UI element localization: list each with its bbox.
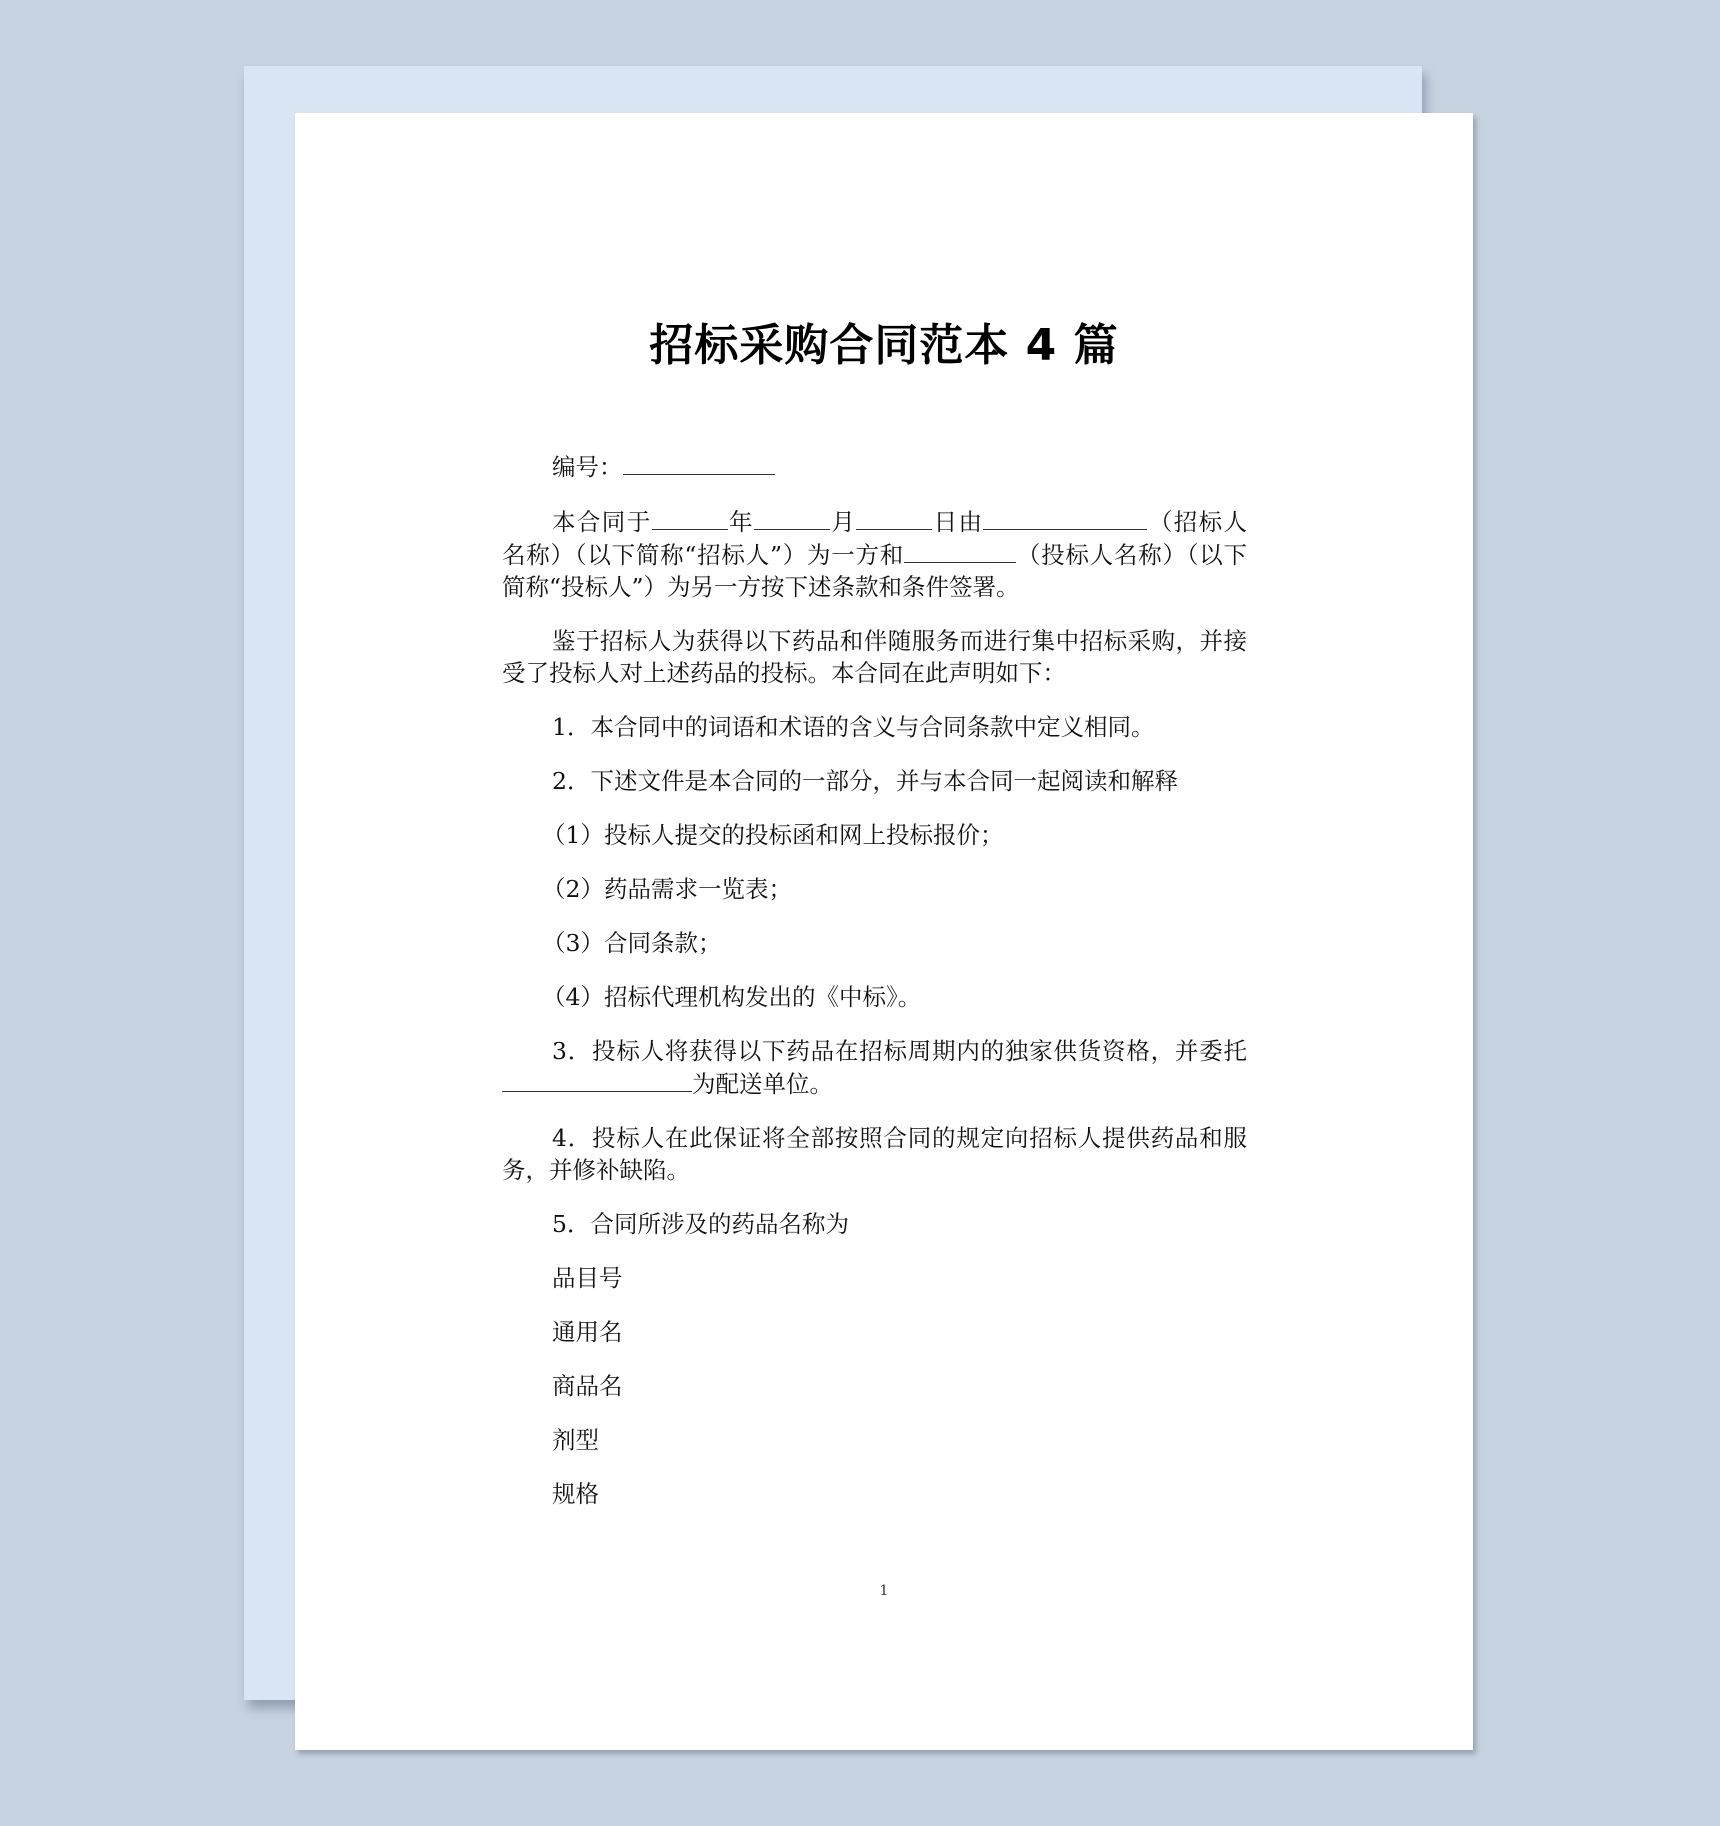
field-generic-name: 通用名 [502, 1316, 1247, 1348]
intro-text: 月 [830, 508, 856, 536]
page-number: 1 [295, 1583, 1473, 1599]
tenderer-blank [983, 505, 1147, 530]
field-dosage-form: 剂型 [502, 1424, 1247, 1456]
intro-text: 日由 [932, 508, 983, 536]
bidder-blank [904, 538, 1016, 563]
document-body: 编号： 本合同于年月日由（招标人名称）（以下简称“招标人”）为一方和（投标人名称… [502, 450, 1247, 1532]
document-page: 招标采购合同范本 4 篇 编号： 本合同于年月日由（招标人名称）（以下简称“招标… [295, 113, 1473, 1750]
document-title: 招标采购合同范本 4 篇 [295, 309, 1473, 373]
field-specification: 规格 [502, 1478, 1247, 1510]
clause-5: 5．合同所涉及的药品名称为 [502, 1208, 1247, 1240]
month-blank [754, 505, 830, 530]
whereas-paragraph: 鉴于招标人为获得以下药品和伴随服务而进行集中招标采购，并接受了投标人对上述药品的… [502, 625, 1247, 689]
distributor-blank [502, 1067, 692, 1092]
serial-blank [623, 450, 775, 475]
intro-text: 本合同于 [552, 508, 652, 536]
serial-label: 编号： [552, 453, 623, 481]
clause-3: 3．投标人将获得以下药品在招标周期内的独家供货资格，并委托为配送单位。 [502, 1035, 1247, 1100]
year-blank [652, 505, 728, 530]
sub-item-2: （2）药品需求一览表； [502, 873, 1247, 905]
intro-text: 年 [728, 508, 754, 536]
sub-item-3: （3）合同条款； [502, 927, 1247, 959]
day-blank [856, 505, 932, 530]
clause-2: 2．下述文件是本合同的一部分，并与本合同一起阅读和解释 [502, 765, 1247, 797]
sub-item-4: （4）招标代理机构发出的《中标》。 [502, 981, 1247, 1013]
clause-1: 1．本合同中的词语和术语的含义与合同条款中定义相同。 [502, 711, 1247, 743]
sub-item-1: （1）投标人提交的投标函和网上投标报价； [502, 819, 1247, 851]
clause-4: 4．投标人在此保证将全部按照合同的规定向招标人提供药品和服务，并修补缺陷。 [502, 1122, 1247, 1186]
field-trade-name: 商品名 [502, 1370, 1247, 1402]
clause-3-text: 为配送单位。 [692, 1070, 833, 1098]
intro-paragraph: 本合同于年月日由（招标人名称）（以下简称“招标人”）为一方和（投标人名称）（以下… [502, 505, 1247, 603]
field-item-number: 品目号 [502, 1262, 1247, 1294]
serial-number-line: 编号： [502, 450, 1247, 483]
clause-3-text: 3．投标人将获得以下药品在招标周期内的独家供货资格，并委托 [552, 1037, 1247, 1065]
